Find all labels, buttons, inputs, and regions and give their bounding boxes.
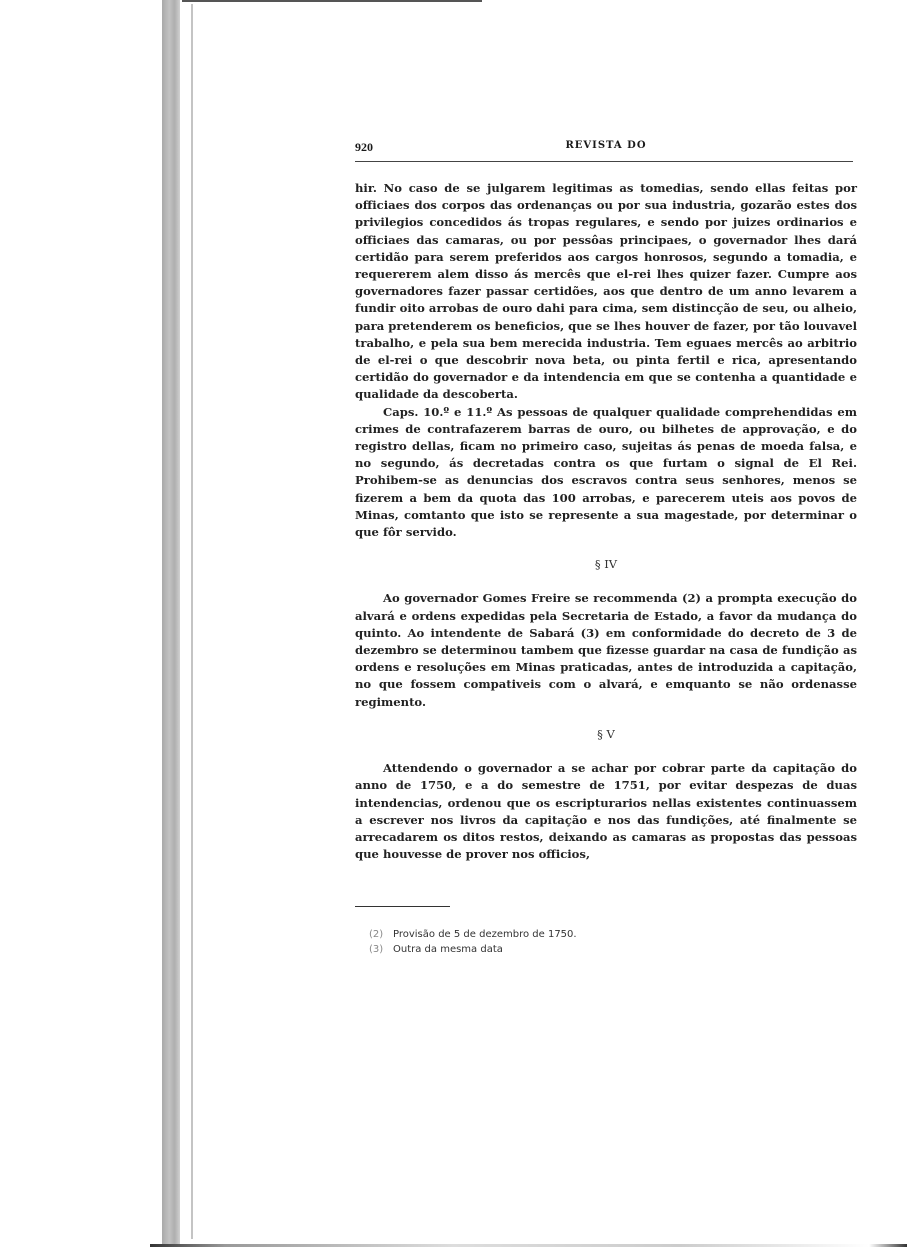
footnote-mark: (3): [369, 942, 379, 957]
footnote-rule: [355, 906, 450, 907]
paragraph: Caps. 10.º e 11.º As pessoas de qualquer…: [355, 404, 857, 542]
page-top-edge: [182, 0, 482, 2]
footnote-text: Outra da mesma data: [393, 942, 503, 957]
footnotes: (2) Provisão de 5 de dezembro de 1750. (…: [355, 927, 857, 957]
footnote: (3) Outra da mesma data: [355, 942, 857, 957]
section-v-paragraph: Attendendo o governador a se achar por c…: [355, 760, 857, 863]
section-heading-iv: § IV: [355, 556, 857, 573]
section-heading-v: § V: [355, 726, 857, 743]
header-rule: [355, 161, 853, 162]
book-spine-shadow: [162, 0, 180, 1247]
page-number: 920: [355, 140, 373, 155]
footnote-mark: (2): [369, 927, 379, 942]
running-head: 920 REVISTA DO: [355, 140, 857, 158]
journal-title: REVISTA DO: [565, 140, 646, 151]
body-text: hir. No caso de se julgarem legitimas as…: [355, 180, 857, 863]
page-gutter-line: [191, 4, 193, 1239]
footnote: (2) Provisão de 5 de dezembro de 1750.: [355, 927, 857, 942]
paragraph: hir. No caso de se julgarem legitimas as…: [355, 180, 857, 404]
section-iv-paragraph: Ao governador Gomes Freire se recommenda…: [355, 590, 857, 710]
footnote-text: Provisão de 5 de dezembro de 1750.: [393, 927, 577, 942]
document-page: 920 REVISTA DO hir. No caso de se julgar…: [355, 140, 857, 957]
